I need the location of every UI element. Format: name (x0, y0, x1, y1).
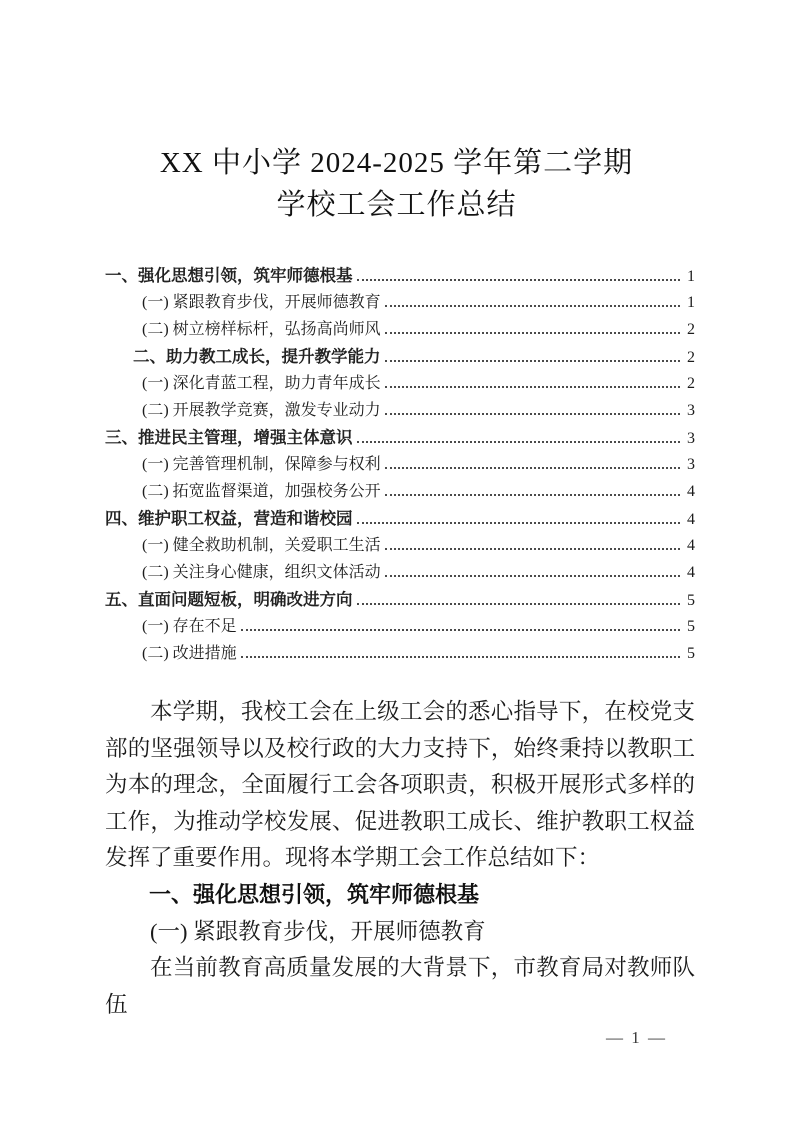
toc-entry-page: 3 (684, 430, 695, 448)
page-number-footer: — 1 — (606, 1028, 667, 1048)
toc-leader-dots (385, 358, 681, 362)
intro-paragraph: 本学期，我校工会在上级工会的悉心指导下，在校党支部的坚强领导以及校行政的大力支持… (105, 694, 695, 877)
toc-leader-dots (385, 303, 680, 307)
toc-entry[interactable]: 四、维护职工权益，营造和谐校园 4 (105, 505, 695, 532)
toc-entry-page: 4 (684, 483, 695, 501)
toc-entry-label: (二) 树立榜样标杆，弘扬高尚师风 (142, 316, 381, 339)
toc-leader-dots (357, 601, 681, 605)
toc-entry[interactable]: 五、直面问题短板，明确改进方向 5 (105, 586, 695, 613)
toc-entry[interactable]: (一) 存在不足 5 (105, 613, 695, 640)
toc-entry-page: 2 (684, 349, 695, 367)
toc-entry-page: 4 (684, 537, 695, 555)
toc-entry[interactable]: (一) 健全救助机制，关爱职工生活 4 (105, 532, 695, 559)
toc-entry[interactable]: (一) 深化青蓝工程，助力青年成长 2 (105, 370, 695, 397)
toc-entry[interactable]: (一) 完善管理机制，保障参与权利 3 (105, 451, 695, 478)
toc-leader-dots (385, 573, 680, 577)
toc-entry-label: (一) 健全救助机制，关爱职工生活 (142, 532, 381, 555)
toc-entry-label: (二) 关注身心健康，组织文体活动 (142, 559, 381, 582)
toc-entry[interactable]: (二) 拓宽监督渠道，加强校务公开 4 (105, 478, 695, 505)
toc-entry-page: 5 (684, 592, 695, 610)
toc-entry-label: 四、维护职工权益，营造和谐校园 (105, 505, 353, 529)
toc-leader-dots (241, 654, 680, 658)
toc-leader-dots (241, 627, 680, 631)
toc-leader-dots (385, 546, 680, 550)
document-body: 本学期，我校工会在上级工会的悉心指导下，在校党支部的坚强领导以及校行政的大力支持… (105, 694, 695, 1023)
title-line-2: 学校工会工作总结 (0, 184, 793, 226)
toc-entry-label: (一) 紧跟教育步伐，开展师德教育 (142, 289, 381, 312)
toc-entry-page: 4 (684, 511, 695, 529)
document-page: XX 中小学 2024-2025 学年第二学期 学校工会工作总结 一、强化思想引… (0, 0, 793, 1122)
toc-entry-page: 5 (684, 645, 695, 663)
toc-leader-dots (385, 492, 680, 496)
toc-entry-label: 二、助力教工成长，提升教学能力 (133, 343, 381, 367)
toc-entry-label: 三、推进民主管理，增强主体意识 (105, 424, 353, 448)
toc-leader-dots (357, 520, 681, 524)
section-1-1-paragraph: 在当前教育高质量发展的大背景下，市教育局对教师队伍 (105, 950, 695, 1023)
section-1-heading: 一、强化思想引领，筑牢师德根基 (105, 877, 695, 914)
toc-leader-dots (385, 330, 680, 334)
toc-entry[interactable]: (二) 关注身心健康，组织文体活动 4 (105, 559, 695, 586)
toc-entry[interactable]: (二) 改进措施 5 (105, 640, 695, 667)
section-1-1-heading: (一) 紧跟教育步伐，开展师德教育 (105, 914, 695, 951)
document-title: XX 中小学 2024-2025 学年第二学期 学校工会工作总结 (0, 0, 793, 226)
toc-entry-page: 2 (684, 375, 695, 393)
toc-entry-label: (一) 完善管理机制，保障参与权利 (142, 451, 381, 474)
toc-entry-page: 4 (684, 564, 695, 582)
toc-entry[interactable]: (二) 开展教学竞赛，激发专业动力 3 (105, 397, 695, 424)
toc-entry-label: 一、强化思想引领，筑牢师德根基 (105, 262, 353, 286)
toc-leader-dots (385, 384, 680, 388)
toc-leader-dots (357, 277, 681, 281)
toc-entry-page: 2 (684, 321, 695, 339)
toc-entry-page: 3 (684, 402, 695, 420)
toc-entry-page: 1 (684, 268, 695, 286)
toc-entry-label: (二) 拓宽监督渠道，加强校务公开 (142, 478, 381, 501)
toc-entry[interactable]: (二) 树立榜样标杆，弘扬高尚师风 2 (105, 316, 695, 343)
toc-entry-label: (二) 开展教学竞赛，激发专业动力 (142, 397, 381, 420)
toc-entry-page: 3 (684, 456, 695, 474)
toc-entry[interactable]: 二、助力教工成长，提升教学能力 2 (105, 343, 695, 370)
toc-entry-label: 五、直面问题短板，明确改进方向 (105, 586, 353, 610)
toc-entry[interactable]: 一、强化思想引领，筑牢师德根基 1 (105, 262, 695, 289)
toc-leader-dots (385, 411, 680, 415)
toc-entry-page: 5 (684, 618, 695, 636)
toc-entry-label: (一) 深化青蓝工程，助力青年成长 (142, 370, 381, 393)
toc-entry[interactable]: (一) 紧跟教育步伐，开展师德教育 1 (105, 289, 695, 316)
toc-entry-page: 1 (684, 294, 695, 312)
toc-entry[interactable]: 三、推进民主管理，增强主体意识 3 (105, 424, 695, 451)
table-of-contents: 一、强化思想引领，筑牢师德根基 1 (一) 紧跟教育步伐，开展师德教育 1 (二… (105, 262, 695, 667)
toc-leader-dots (385, 465, 680, 469)
toc-entry-label: (一) 存在不足 (142, 613, 237, 636)
toc-leader-dots (357, 439, 681, 443)
title-line-1: XX 中小学 2024-2025 学年第二学期 (0, 142, 793, 184)
toc-entry-label: (二) 改进措施 (142, 640, 237, 663)
